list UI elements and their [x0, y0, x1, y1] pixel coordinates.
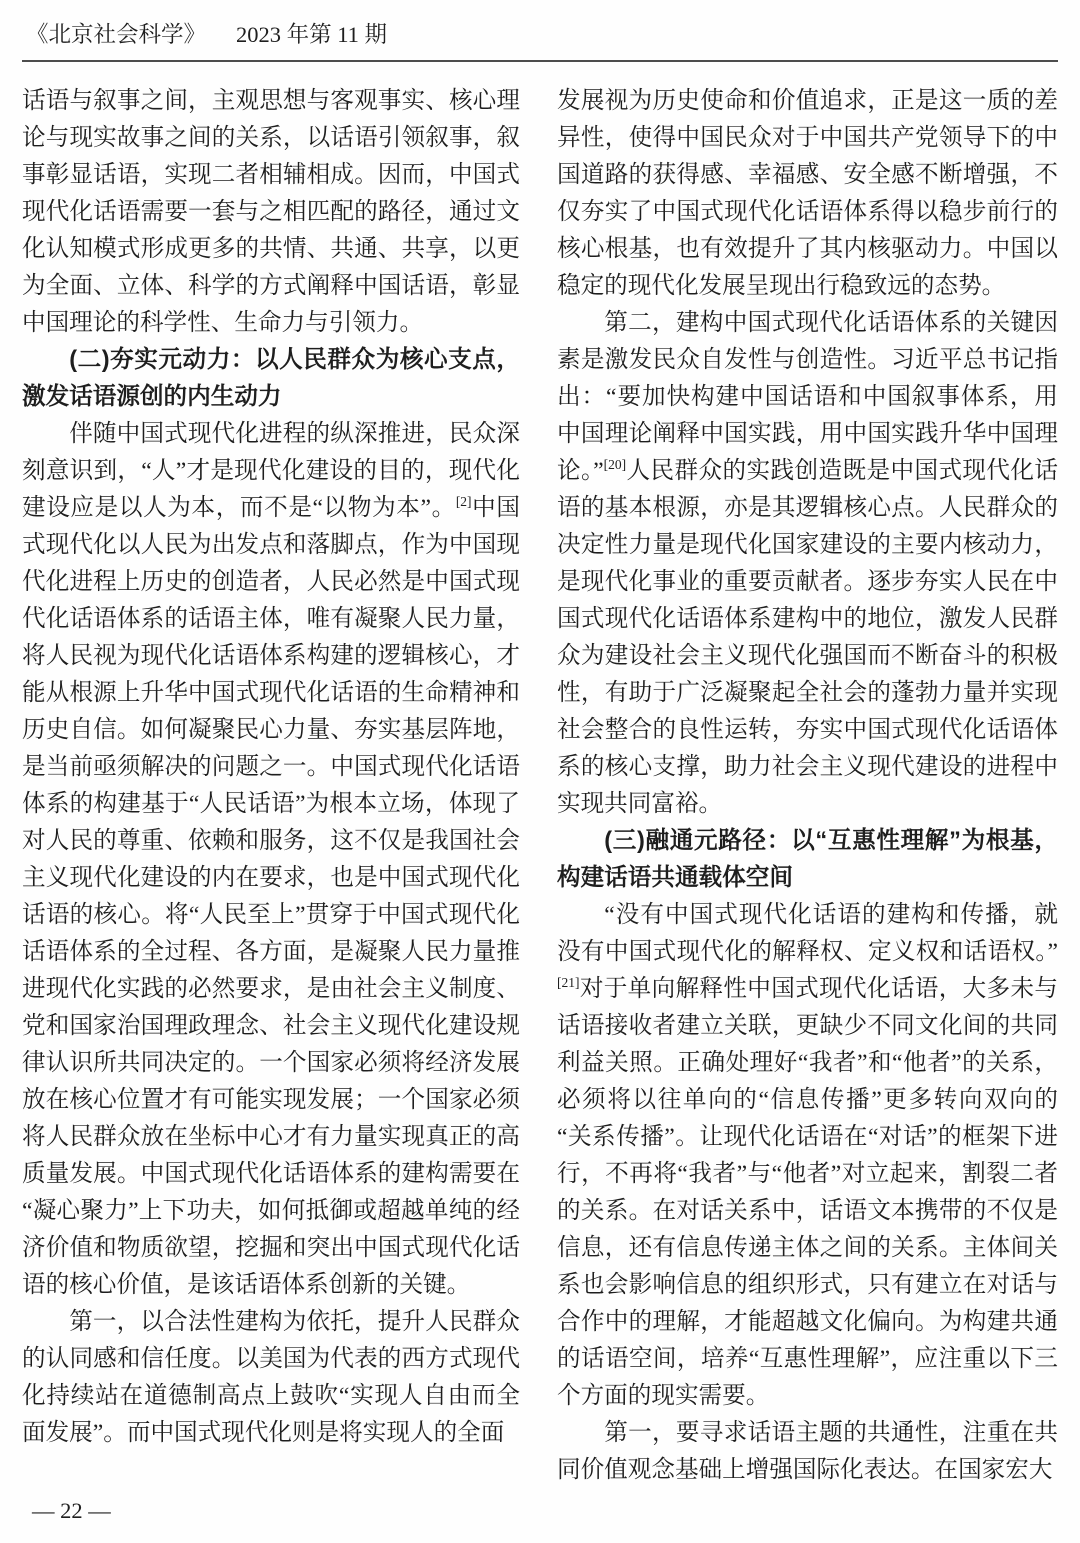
header-divider [22, 60, 1058, 62]
right-column: 发展视为历史使命和价值追求，正是这一质的差异性，使得中国民众对于中国共产党领导下… [557, 83, 1058, 1491]
footnote-ref: [21] [557, 975, 580, 990]
section-heading: (二)夯实元动力：以人民群众为核心支点，激发话语源创的内生动力 [22, 342, 520, 416]
page-number: — 22 — [32, 1498, 111, 1523]
paragraph: 第一，要寻求话语主题的共通性，注重在共同价值观念基础上增强国际化表达。在国家宏大 [557, 1415, 1058, 1489]
paragraph: 话语与叙事之间，主观思想与客观事实、核心理论与现实故事之间的关系，以话语引领叙事… [22, 83, 520, 342]
article-body: 话语与叙事之间，主观思想与客观事实、核心理论与现实故事之间的关系，以话语引领叙事… [0, 83, 1080, 1491]
paragraph: 第一，以合法性建构为依托，提升人民群众的认同感和信任度。以美国为代表的西方式现代… [22, 1304, 520, 1452]
page-header: 《北京社会科学》2023 年第 11 期 [0, 0, 1080, 50]
journal-issue: 2023 年第 11 期 [236, 22, 387, 47]
paragraph: “没有中国式现代化话语的建构和传播，就没有中国式现代化的解释权、定义权和话语权。… [557, 897, 1058, 1415]
journal-title: 《北京社会科学》 [26, 22, 206, 47]
paragraph: 第二，建构中国式现代化话语体系的关键因素是激发民众自发性与创造性。习近平总书记指… [557, 305, 1058, 823]
paragraph: 发展视为历史使命和价值追求，正是这一质的差异性，使得中国民众对于中国共产党领导下… [557, 83, 1058, 305]
section-heading: (三)融通元路径：以“互惠性理解”为根基，构建话语共通载体空间 [557, 823, 1058, 897]
footnote-ref: [20] [604, 457, 627, 472]
footnote-ref: [2] [456, 494, 472, 509]
page-footer: — 22 — [0, 1497, 1080, 1525]
paragraph: 伴随中国式现代化进程的纵深推进，民众深刻意识到，“人”才是现代化建设的目的，现代… [22, 416, 520, 1304]
left-column: 话语与叙事之间，主观思想与客观事实、核心理论与现实故事之间的关系，以话语引领叙事… [22, 83, 520, 1491]
journal-page: 《北京社会科学》2023 年第 11 期 话语与叙事之间，主观思想与客观事实、核… [0, 0, 1080, 1543]
